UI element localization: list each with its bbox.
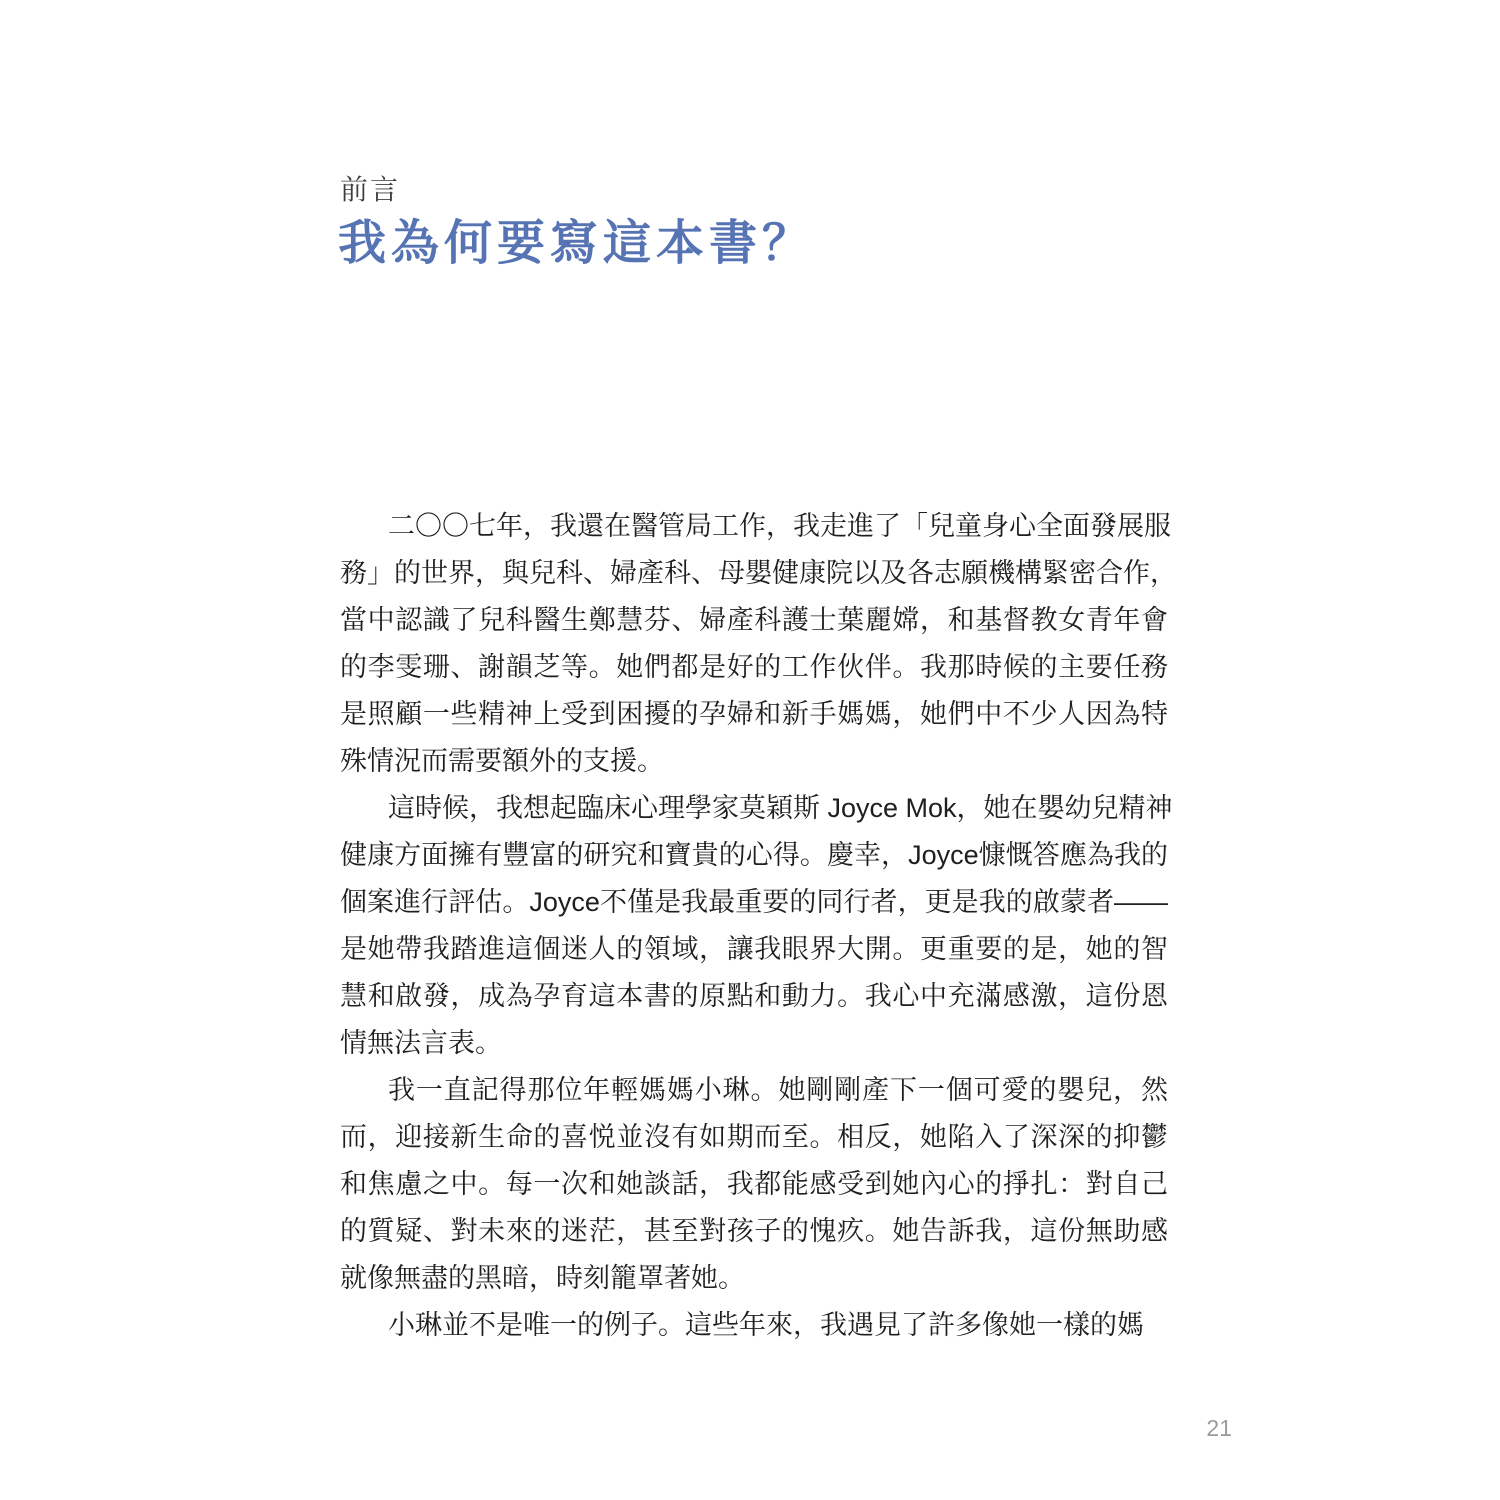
text-line: 殊情況而需要額外的支援。 xyxy=(340,738,1168,785)
book-page: 前言 我為何要寫這本書？ 二〇〇七年，我還在醫管局工作，我走進了「兒童身心全面發… xyxy=(0,0,1500,1500)
text-line: 務」的世界，與兒科、婦產科、母嬰健康院以及各志願機構緊密合作， xyxy=(340,550,1168,597)
text-line: 是照顧一些精神上受到困擾的孕婦和新手媽媽，她們中不少人因為特 xyxy=(340,691,1168,738)
text-line: 我一直記得那位年輕媽媽小琳。她剛剛產下一個可愛的嬰兒，然 xyxy=(340,1067,1168,1114)
text-line: 二〇〇七年，我還在醫管局工作，我走進了「兒童身心全面發展服 xyxy=(340,503,1168,550)
paragraph: 我一直記得那位年輕媽媽小琳。她剛剛產下一個可愛的嬰兒，然 而，迎接新生命的喜悦並… xyxy=(340,1067,1168,1302)
text-line: 這時候，我想起臨床心理學家莫穎斯 Joyce Mok，她在嬰幼兒精神 xyxy=(340,785,1168,832)
text-line: 個案進行評估。Joyce不僅是我最重要的同行者，更是我的啟蒙者—— xyxy=(340,879,1168,926)
paragraph: 小琳並不是唯一的例子。這些年來，我遇見了許多像她一樣的媽 xyxy=(340,1302,1168,1349)
text-line: 的質疑、對未來的迷茫，甚至對孩子的愧疚。她告訴我，這份無助感 xyxy=(340,1208,1168,1255)
text-line: 情無法言表。 xyxy=(340,1020,1168,1067)
body-text: 二〇〇七年，我還在醫管局工作，我走進了「兒童身心全面發展服 務」的世界，與兒科、… xyxy=(340,503,1168,1349)
text-line: 小琳並不是唯一的例子。這些年來，我遇見了許多像她一樣的媽 xyxy=(340,1302,1168,1349)
text-line: 是她帶我踏進這個迷人的領域，讓我眼界大開。更重要的是，她的智 xyxy=(340,926,1168,973)
text-line: 而，迎接新生命的喜悦並沒有如期而至。相反，她陷入了深深的抑鬱 xyxy=(340,1114,1168,1161)
paragraph: 二〇〇七年，我還在醫管局工作，我走進了「兒童身心全面發展服 務」的世界，與兒科、… xyxy=(340,503,1168,785)
text-line: 當中認識了兒科醫生鄭慧芬、婦產科護士葉麗嫦，和基督教女青年會 xyxy=(340,597,1168,644)
text-line: 就像無盡的黑暗，時刻籠罩著她。 xyxy=(340,1255,1168,1302)
section-kicker: 前言 xyxy=(340,172,400,208)
text-line: 和焦慮之中。每一次和她談話，我都能感受到她內心的掙扎：對自己 xyxy=(340,1161,1168,1208)
text-line: 慧和啟發，成為孕育這本書的原點和動力。我心中充滿感激，這份恩 xyxy=(340,973,1168,1020)
page-title: 我為何要寫這本書？ xyxy=(338,214,815,274)
text-line: 的李雯珊、謝韻芝等。她們都是好的工作伙伴。我那時候的主要任務 xyxy=(340,644,1168,691)
text-line: 健康方面擁有豐富的研究和寶貴的心得。慶幸，Joyce慷慨答應為我的 xyxy=(340,832,1168,879)
page-number: 21 xyxy=(1150,1415,1232,1442)
paragraph: 這時候，我想起臨床心理學家莫穎斯 Joyce Mok，她在嬰幼兒精神 健康方面擁… xyxy=(340,785,1168,1067)
